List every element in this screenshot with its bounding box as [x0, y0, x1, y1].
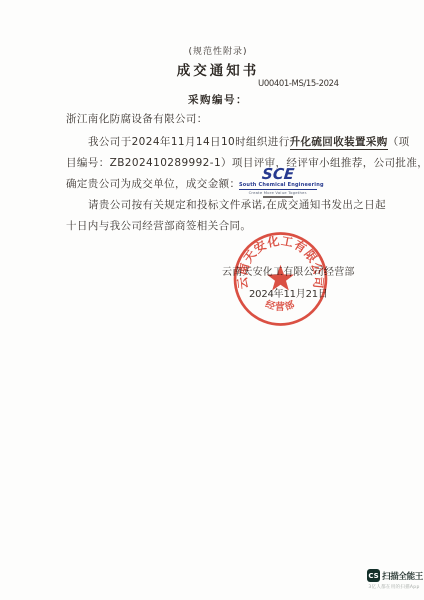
- sce-company-logo: SCE South Chemical Engineering Create Mo…: [239, 166, 317, 198]
- camscanner-tagline: 3亿人都在用的扫描App: [367, 584, 421, 590]
- camscanner-watermark-row: CS 扫描全能王: [367, 569, 421, 582]
- camscanner-watermark: CS 扫描全能王 3亿人都在用的扫描App: [367, 569, 421, 590]
- page-title: 成交通知书: [0, 59, 424, 79]
- seal-bottom-text: 经营部: [264, 298, 298, 313]
- underlined-project-name: 升化硫回收装置采购: [290, 136, 388, 150]
- camscanner-app-name: 扫描全能王: [382, 570, 423, 582]
- body-line-2: 我公司于2024年11月14日10时组织进行升化硫回收装置采购（项: [66, 136, 396, 149]
- sce-logo-slogan: Create More Value Together.: [239, 191, 317, 195]
- procurement-number-label: 采购编号：: [0, 92, 424, 107]
- signature-company-name: 云南天安化工有限公司经营部: [222, 263, 355, 278]
- seal-ring: [235, 234, 326, 325]
- sce-logo-acronym: SCE: [261, 167, 295, 182]
- body-line-6: 十日内与我公司经营部商签相关合同。: [66, 220, 396, 233]
- body-line-3: 目编号：ZB202410289992-1）项目评审，经评审小组推荐，公司批准，: [66, 157, 396, 170]
- scanned-document-page: (规范性附录) 成交通知书 U00401-MS/15-2024 采购编号： 浙江…: [0, 0, 424, 600]
- body-line-2-post: （项: [388, 136, 410, 148]
- body-line-2-pre: 我公司于2024年11月14日10时组织进行: [88, 136, 290, 148]
- signature-date: 2024年11月21日: [249, 285, 328, 300]
- body-line-5: 请贵公司按有关规定和投标文件承诺,在成交通知书发出之日起: [66, 199, 396, 212]
- camscanner-cs-icon: CS: [367, 569, 380, 582]
- seal-arc-text: 云南天安化工有限公司: [235, 234, 326, 290]
- recipient-line: 浙江南化防腐设备有限公司：: [66, 113, 396, 126]
- company-seal-stamp: 云南天安化工有限公司 经营部: [233, 231, 328, 327]
- body-line-4: 确定贵公司为成交单位，成交金额：: [66, 178, 396, 191]
- appendix-note: (规范性附录): [0, 44, 424, 57]
- sce-logo-name: South Chemical Engineering: [239, 183, 317, 190]
- document-number: U00401-MS/15-2024: [258, 79, 339, 89]
- sce-logo-microtext-bar: [263, 196, 293, 198]
